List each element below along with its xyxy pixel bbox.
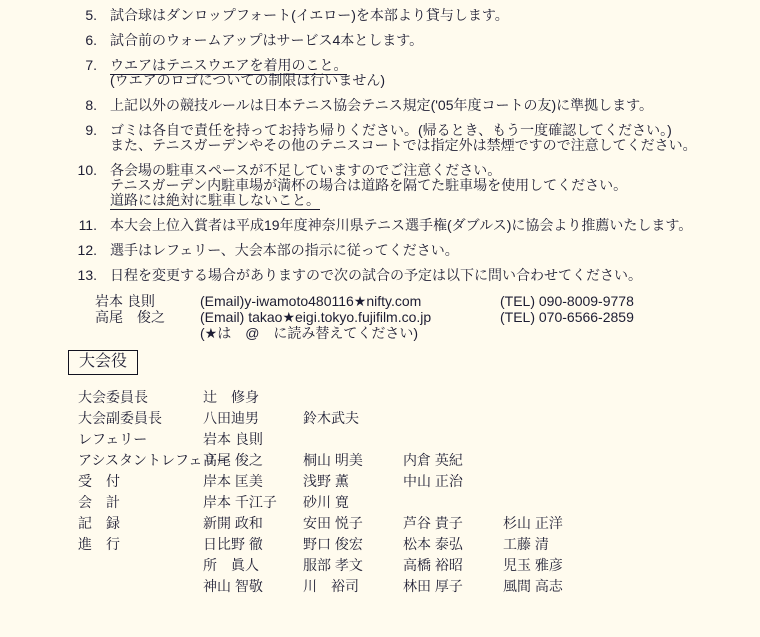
rule-number: 7. — [0, 58, 97, 88]
official-name: 鈴木武夫 — [303, 410, 403, 431]
rule-line: 試合球はダンロップフォート(イエロー)を本部より貸与します。 — [110, 8, 509, 23]
rule-item: 8. 上記以外の競技ルールは日本テニス協会テニス規定('05年度コートの友)に準… — [0, 98, 760, 113]
official-name: 松本 泰弘 — [403, 536, 503, 557]
contact-row: 岩本 良則 (Email)y-iwamoto480116★nifty.com (… — [95, 293, 760, 309]
official-row: アシスタントレフェリー 高尾 俊之 桐山 明美 内倉 英紀 — [78, 452, 760, 473]
official-name: 工藤 清 — [503, 536, 603, 557]
official-row: 所 眞人 服部 孝文 高橋 裕昭 児玉 雅彦 — [78, 557, 760, 578]
official-name: 岸本 千江子 — [203, 494, 303, 515]
section-title-box: 大会役 — [68, 350, 138, 375]
official-name: 野口 俊宏 — [303, 536, 403, 557]
contact-tel: (TEL) 070-6566-2859 — [500, 309, 760, 325]
official-name: 林田 厚子 — [403, 578, 503, 599]
official-name: 新開 政和 — [203, 515, 303, 536]
official-row: 大会副委員長 八田迪男 鈴木武夫 — [78, 410, 760, 431]
rule-line: 試合前のウォームアップはサービス4本とします。 — [110, 33, 423, 48]
official-name: 八田迪男 — [203, 410, 303, 431]
rule-number: 10. — [0, 163, 97, 208]
rule-line: ウエアはテニスウエアを着用のこと。 — [110, 58, 385, 73]
rule-line: ゴミは各自で責任を持ってお持ち帰りください。(帰るとき、もう一度確認してください… — [110, 123, 697, 138]
official-name: 高橋 裕昭 — [403, 557, 503, 578]
underlined-text: 道路には絶対に駐車しないこと。 — [110, 192, 320, 210]
official-name: 岩本 良則 — [203, 431, 303, 452]
rule-item: 11. 本大会上位入賞者は平成19年度神奈川県テニス選手権(ダブルス)に協会より… — [0, 218, 760, 233]
official-role: レフェリー — [78, 431, 203, 452]
rules-list: 5. 試合球はダンロップフォート(イエロー)を本部より貸与します。 6. 試合前… — [0, 8, 760, 283]
official-name: 服部 孝文 — [303, 557, 403, 578]
official-row: レフェリー 岩本 良則 — [78, 431, 760, 452]
rule-item: 13. 日程を変更する場合がありますので次の試合の予定は以下に問い合わせてくださ… — [0, 268, 760, 283]
rule-line: 本大会上位入賞者は平成19年度神奈川県テニス選手権(ダブルス)に協会より推薦いた… — [110, 218, 692, 233]
official-name: 日比野 徹 — [203, 536, 303, 557]
official-name: 児玉 雅彦 — [503, 557, 603, 578]
rule-number: 13. — [0, 268, 97, 283]
official-name: 神山 智敬 — [203, 578, 303, 599]
contact-tel: (TEL) 090-8009-9778 — [500, 293, 760, 309]
rule-item: 7. ウエアはテニスウエアを着用のこと。 (ウエアのロゴについての制限は行いませ… — [0, 58, 760, 88]
official-name: 内倉 英紀 — [403, 452, 503, 473]
official-name: 岸本 匡美 — [203, 473, 303, 494]
official-role: 大会副委員長 — [78, 410, 203, 431]
official-name: 浅野 薫 — [303, 473, 403, 494]
contact-name: 岩本 良則 — [95, 293, 200, 309]
contact-block: 岩本 良則 (Email)y-iwamoto480116★nifty.com (… — [0, 293, 760, 341]
contact-row: 高尾 俊之 (Email) takao★eigi.tokyo.fujifilm.… — [95, 309, 760, 325]
contact-email: (Email) takao★eigi.tokyo.fujifilm.co.jp — [200, 309, 500, 325]
official-role: アシスタントレフェリー — [78, 452, 203, 473]
rule-number: 6. — [0, 33, 97, 48]
official-role — [78, 578, 203, 599]
rule-number: 8. — [0, 98, 97, 113]
official-role: 進 行 — [78, 536, 203, 557]
contact-email: (Email)y-iwamoto480116★nifty.com — [200, 293, 500, 309]
official-role: 記 録 — [78, 515, 203, 536]
rule-item: 6. 試合前のウォームアップはサービス4本とします。 — [0, 33, 760, 48]
rule-line: 道路には絶対に駐車しないこと。 — [110, 193, 627, 208]
rule-line: 日程を変更する場合がありますので次の試合の予定は以下に問い合わせてください。 — [110, 268, 642, 283]
official-row: 大会委員長 辻 修身 — [78, 389, 760, 410]
official-role: 大会委員長 — [78, 389, 203, 410]
official-name: 辻 修身 — [203, 389, 303, 410]
rule-line: 各会場の駐車スペースが不足していますのでご注意ください。 — [110, 163, 627, 178]
rule-number: 12. — [0, 243, 97, 258]
official-name: 川 裕司 — [303, 578, 403, 599]
official-row: 受 付 岸本 匡美 浅野 薫 中山 正治 — [78, 473, 760, 494]
rule-line: 上記以外の競技ルールは日本テニス協会テニス規定('05年度コートの友)に準拠しま… — [110, 98, 653, 113]
official-row: 会 計 岸本 千江子 砂川 寛 — [78, 494, 760, 515]
officials-table: 大会委員長 辻 修身 大会副委員長 八田迪男 鈴木武夫 レフェリー 岩本 良則 … — [0, 389, 760, 599]
official-name: 風間 高志 — [503, 578, 603, 599]
rule-number: 9. — [0, 123, 97, 153]
official-row: 神山 智敬 川 裕司 林田 厚子 風間 高志 — [78, 578, 760, 599]
official-name: 所 眞人 — [203, 557, 303, 578]
official-name: 高尾 俊之 — [203, 452, 303, 473]
official-name: 安田 悦子 — [303, 515, 403, 536]
official-role: 会 計 — [78, 494, 203, 515]
rule-line: また、テニスガーデンやその他のテニスコートでは指定外は禁煙ですので注意してくださ… — [110, 138, 697, 153]
rule-number: 5. — [0, 8, 97, 23]
rule-line: (ウエアのロゴについての制限は行いません) — [110, 73, 385, 88]
rule-item: 10. 各会場の駐車スペースが不足していますのでご注意ください。 テニスガーデン… — [0, 163, 760, 208]
official-name: 芦谷 貴子 — [403, 515, 503, 536]
official-row: 記 録 新開 政和 安田 悦子 芦谷 貴子 杉山 正洋 — [78, 515, 760, 536]
official-name: 杉山 正洋 — [503, 515, 603, 536]
rule-number: 11. — [0, 218, 97, 233]
official-name: 中山 正治 — [403, 473, 503, 494]
official-role — [78, 557, 203, 578]
contact-name: 高尾 俊之 — [95, 309, 200, 325]
rule-item: 12. 選手はレフェリー、大会本部の指示に従ってください。 — [0, 243, 760, 258]
rule-item: 9. ゴミは各自で責任を持ってお持ち帰りください。(帰るとき、もう一度確認してく… — [0, 123, 760, 153]
rule-item: 5. 試合球はダンロップフォート(イエロー)を本部より貸与します。 — [0, 8, 760, 23]
section-heading-wrap: 大会役 — [68, 350, 760, 375]
contact-note: (★は @ に読み替えてください) — [200, 325, 760, 341]
rule-line: 選手はレフェリー、大会本部の指示に従ってください。 — [110, 243, 459, 258]
section-title: 大会役 — [79, 353, 127, 370]
official-role: 受 付 — [78, 473, 203, 494]
official-name: 桐山 明美 — [303, 452, 403, 473]
official-row: 進 行 日比野 徹 野口 俊宏 松本 泰弘 工藤 清 — [78, 536, 760, 557]
rule-line: テニスガーデン内駐車場が満杯の場合は道路を隔てた駐車場を使用してください。 — [110, 178, 627, 193]
official-name: 砂川 寛 — [303, 494, 403, 515]
